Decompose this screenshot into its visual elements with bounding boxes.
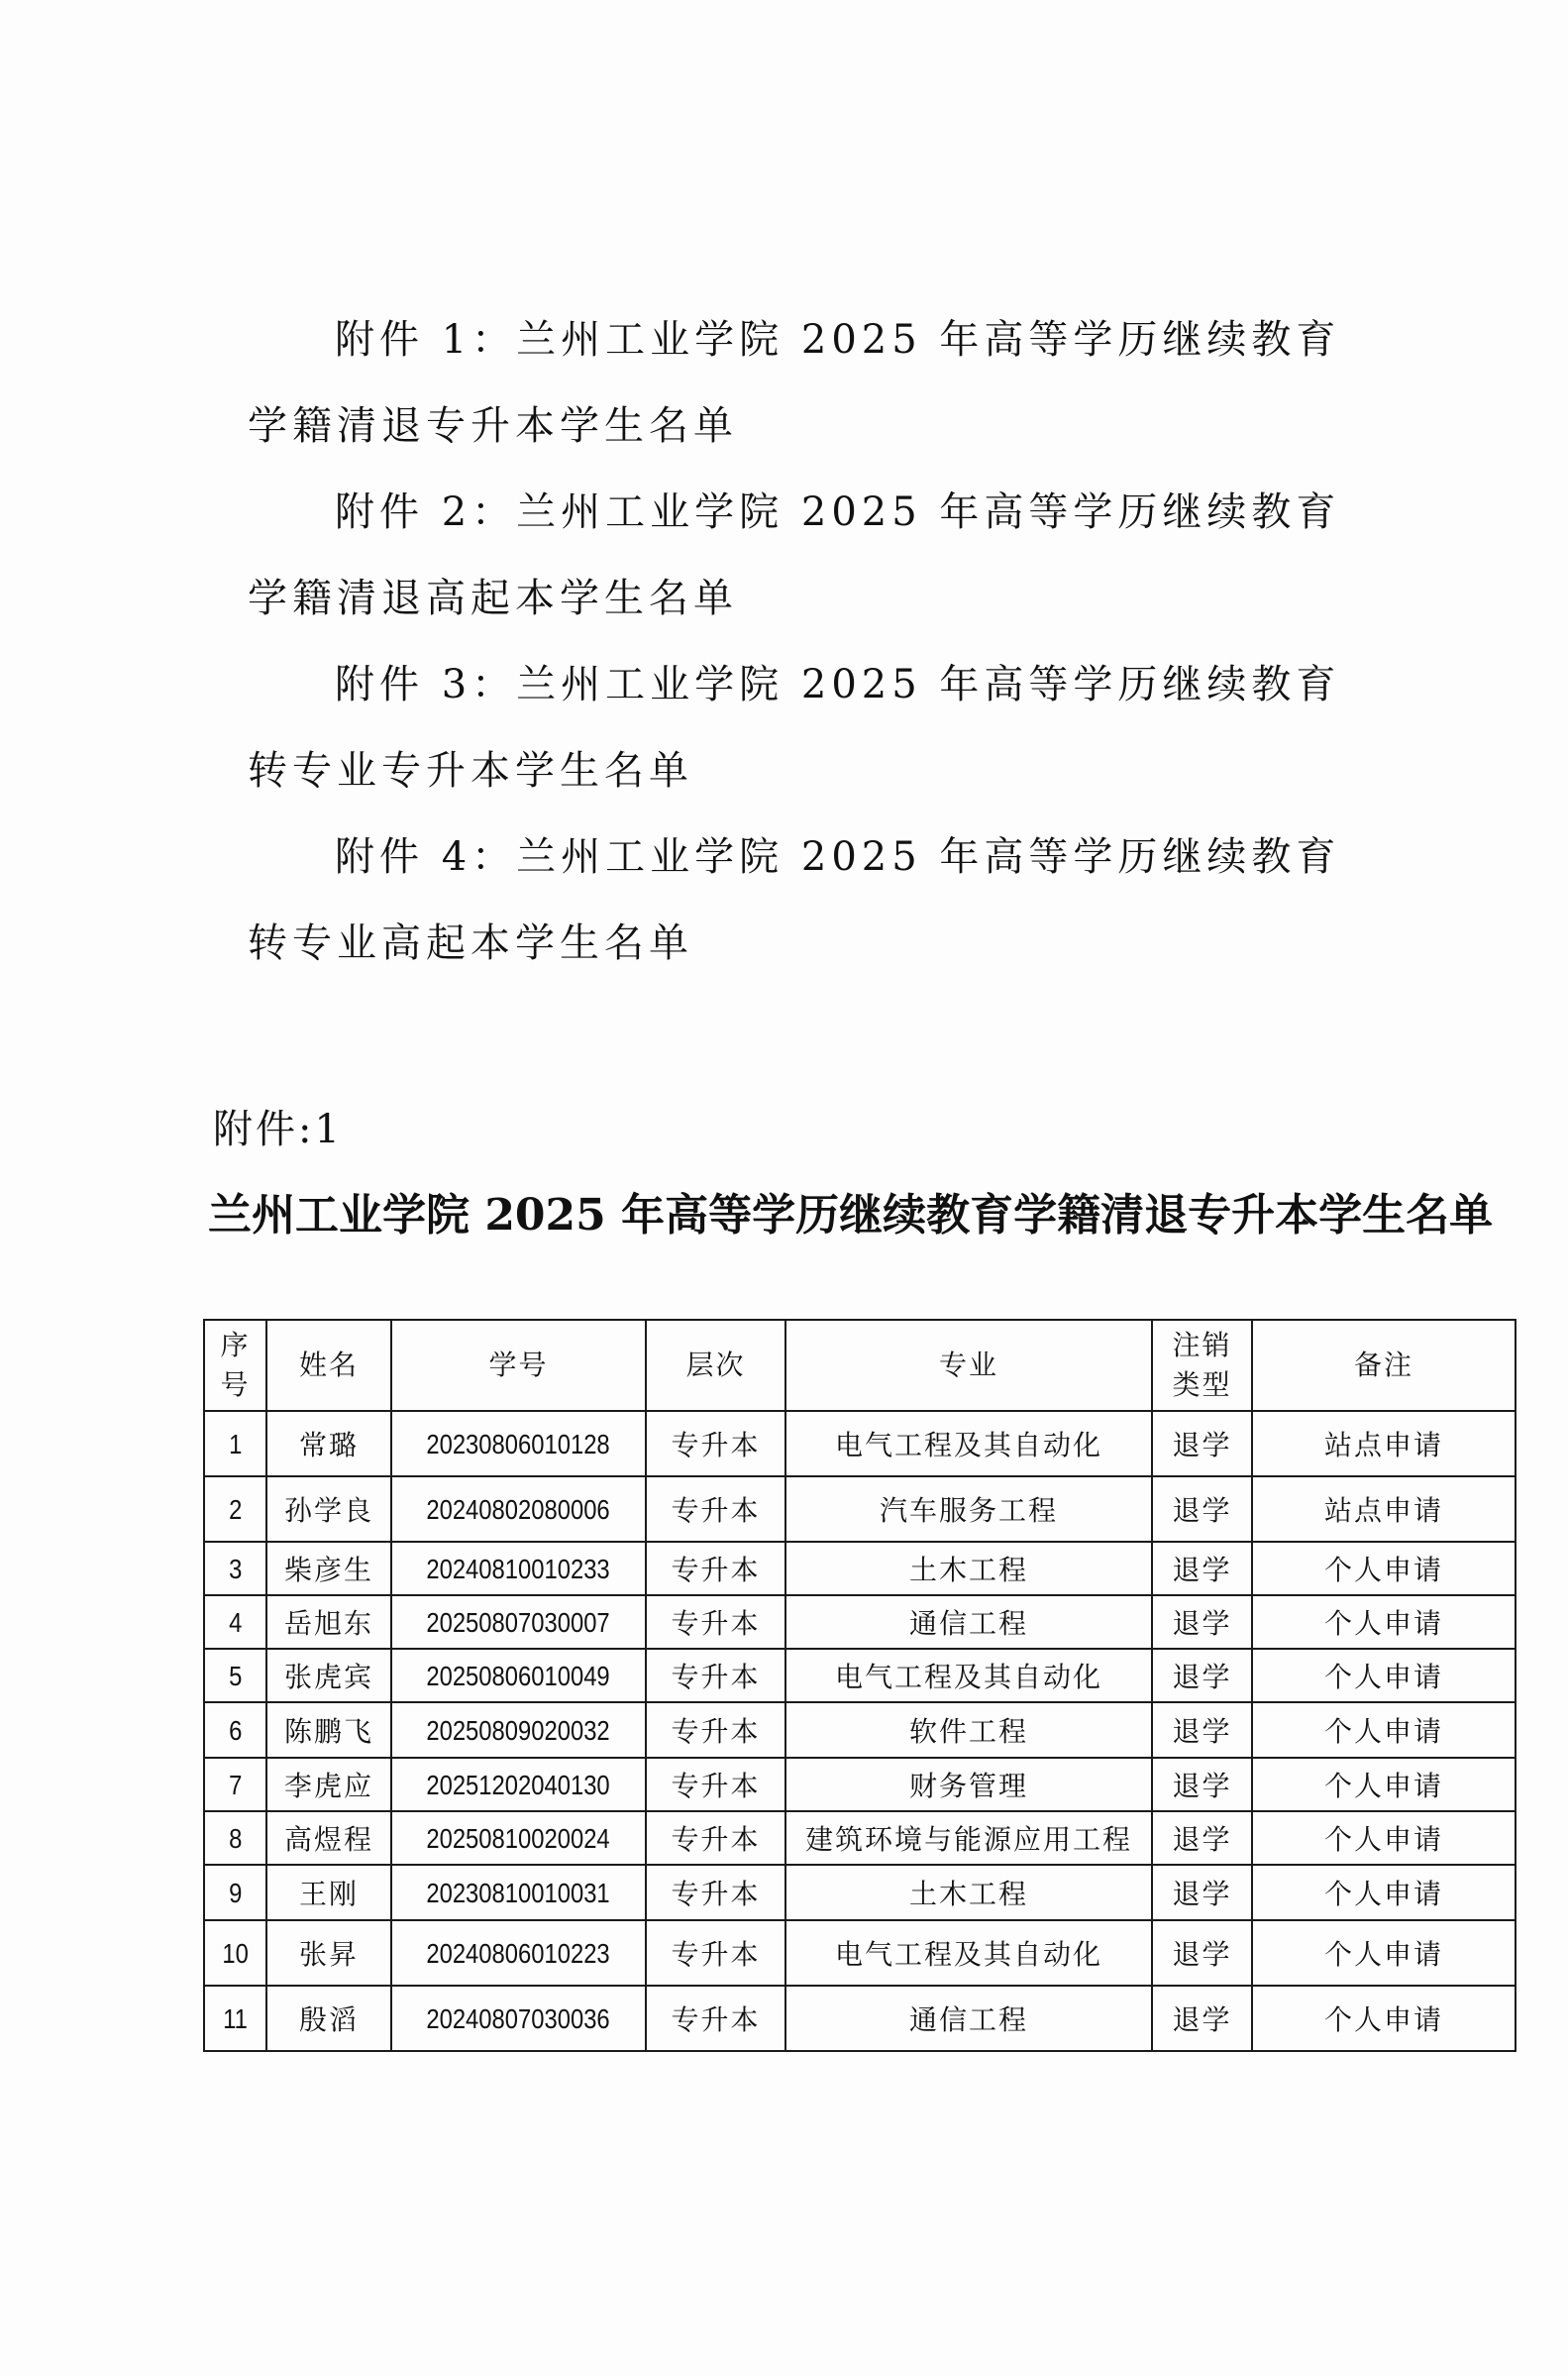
table-header-row: 序号 姓名 学号 层次 专业 注销类型 备注: [204, 1320, 1516, 1411]
table-row: 3 柴彦生 20240810010233 专升本 土木工程 退学 个人申请: [204, 1542, 1516, 1595]
cell-cancel-type: 退学: [1152, 1758, 1252, 1811]
cell-major: 汽车服务工程: [785, 1476, 1152, 1542]
header-student-id: 学号: [391, 1320, 646, 1411]
cell-seq: 4: [204, 1595, 266, 1649]
cell-cancel-type: 退学: [1152, 1411, 1252, 1476]
table-row: 10 张昇 20240806010223 专升本 电气工程及其自动化 退学 个人…: [204, 1920, 1516, 1986]
cell-remark: 个人申请: [1252, 1986, 1516, 2051]
cell-name: 陈鹏飞: [266, 1702, 391, 1758]
cell-name: 张虎宾: [266, 1649, 391, 1702]
cell-level: 专升本: [646, 1476, 785, 1542]
cell-remark: 个人申请: [1252, 1702, 1516, 1758]
cell-seq: 11: [204, 1986, 266, 2051]
cell-name: 柴彦生: [266, 1542, 391, 1595]
header-seq: 序号: [204, 1320, 266, 1411]
cell-student-id: 20230806010128: [391, 1411, 646, 1476]
cell-seq: 10: [204, 1920, 266, 1986]
cell-remark: 个人申请: [1252, 1811, 1516, 1865]
cell-seq: 2: [204, 1476, 266, 1542]
cell-major: 建筑环境与能源应用工程: [785, 1811, 1152, 1865]
table-row: 11 殷滔 20240807030036 专升本 通信工程 退学 个人申请: [204, 1986, 1516, 2051]
cell-student-id: 20250807030007: [391, 1595, 646, 1649]
cell-seq: 1: [204, 1411, 266, 1476]
cell-level: 专升本: [646, 1758, 785, 1811]
cell-level: 专升本: [646, 1811, 785, 1865]
cell-level: 专升本: [646, 1986, 785, 2051]
cell-level: 专升本: [646, 1411, 785, 1476]
header-cancel-type: 注销类型: [1152, 1320, 1252, 1411]
cell-remark: 个人申请: [1252, 1649, 1516, 1702]
cell-major: 通信工程: [785, 1986, 1152, 2051]
document-title: 兰州工业学院 2025 年高等学历继续教育学籍清退专升本学生名单: [208, 1184, 1516, 1247]
header-remark: 备注: [1252, 1320, 1516, 1411]
cell-remark: 个人申请: [1252, 1865, 1516, 1920]
cell-major: 通信工程: [785, 1595, 1152, 1649]
cell-name: 张昇: [266, 1920, 391, 1986]
cell-major: 土木工程: [785, 1542, 1152, 1595]
cell-major: 电气工程及其自动化: [785, 1920, 1152, 1986]
cell-cancel-type: 退学: [1152, 1702, 1252, 1758]
attachment-item-3: 附件 3：兰州工业学院 2025 年高等学历继续教育转专业专升本学生名单: [248, 642, 1357, 814]
cell-remark: 站点申请: [1252, 1476, 1516, 1542]
cell-student-id: 20240810010233: [391, 1542, 646, 1595]
cell-student-id: 20250806010049: [391, 1649, 646, 1702]
cell-student-id: 20250810020024: [391, 1811, 646, 1865]
header-level: 层次: [646, 1320, 785, 1411]
cell-student-id: 20240802080006: [391, 1476, 646, 1542]
cell-student-id: 20230810010031: [391, 1865, 646, 1920]
cell-major: 电气工程及其自动化: [785, 1649, 1152, 1702]
cell-level: 专升本: [646, 1702, 785, 1758]
cell-seq: 9: [204, 1865, 266, 1920]
cell-remark: 个人申请: [1252, 1595, 1516, 1649]
cell-student-id: 20250809020032: [391, 1702, 646, 1758]
cell-student-id: 20240806010223: [391, 1920, 646, 1986]
header-name: 姓名: [266, 1320, 391, 1411]
attachment-item-1: 附件 1：兰州工业学院 2025 年高等学历继续教育学籍清退专升本学生名单: [248, 297, 1357, 470]
cell-name: 殷滔: [266, 1986, 391, 2051]
cell-level: 专升本: [646, 1595, 785, 1649]
cell-remark: 站点申请: [1252, 1411, 1516, 1476]
cell-major: 土木工程: [785, 1865, 1152, 1920]
cell-name: 孙学良: [266, 1476, 391, 1542]
cell-level: 专升本: [646, 1649, 785, 1702]
cell-student-id: 20251202040130: [391, 1758, 646, 1811]
cell-name: 王刚: [266, 1865, 391, 1920]
cell-seq: 8: [204, 1811, 266, 1865]
table-row: 1 常璐 20230806010128 专升本 电气工程及其自动化 退学 站点申…: [204, 1411, 1516, 1476]
table-row: 6 陈鹏飞 20250809020032 专升本 软件工程 退学 个人申请: [204, 1702, 1516, 1758]
cell-name: 常璐: [266, 1411, 391, 1476]
cell-seq: 7: [204, 1758, 266, 1811]
attachment-sub-label: 附件:1: [213, 1100, 343, 1159]
cell-cancel-type: 退学: [1152, 1811, 1252, 1865]
student-roster-table: 序号 姓名 学号 层次 专业 注销类型 备注 1 常璐 202308060101…: [203, 1319, 1516, 2052]
cell-cancel-type: 退学: [1152, 1595, 1252, 1649]
header-major: 专业: [785, 1320, 1152, 1411]
attachment-item-4: 附件 4：兰州工业学院 2025 年高等学历继续教育转专业高起本学生名单: [248, 814, 1357, 987]
cell-level: 专升本: [646, 1542, 785, 1595]
cell-major: 电气工程及其自动化: [785, 1411, 1152, 1476]
table-row: 4 岳旭东 20250807030007 专升本 通信工程 退学 个人申请: [204, 1595, 1516, 1649]
table-row: 9 王刚 20230810010031 专升本 土木工程 退学 个人申请: [204, 1865, 1516, 1920]
table-row: 5 张虎宾 20250806010049 专升本 电气工程及其自动化 退学 个人…: [204, 1649, 1516, 1702]
cell-seq: 5: [204, 1649, 266, 1702]
cell-major: 软件工程: [785, 1702, 1152, 1758]
cell-cancel-type: 退学: [1152, 1920, 1252, 1986]
cell-name: 高煜程: [266, 1811, 391, 1865]
cell-level: 专升本: [646, 1865, 785, 1920]
cell-seq: 6: [204, 1702, 266, 1758]
cell-level: 专升本: [646, 1920, 785, 1986]
cell-remark: 个人申请: [1252, 1542, 1516, 1595]
table-row: 7 李虎应 20251202040130 专升本 财务管理 退学 个人申请: [204, 1758, 1516, 1811]
attachment-list: 附件 1：兰州工业学院 2025 年高等学历继续教育学籍清退专升本学生名单 附件…: [248, 297, 1357, 987]
cell-name: 李虎应: [266, 1758, 391, 1811]
cell-cancel-type: 退学: [1152, 1542, 1252, 1595]
cell-cancel-type: 退学: [1152, 1649, 1252, 1702]
cell-name: 岳旭东: [266, 1595, 391, 1649]
cell-cancel-type: 退学: [1152, 1865, 1252, 1920]
table-row: 8 高煜程 20250810020024 专升本 建筑环境与能源应用工程 退学 …: [204, 1811, 1516, 1865]
cell-cancel-type: 退学: [1152, 1476, 1252, 1542]
cell-major: 财务管理: [785, 1758, 1152, 1811]
table-row: 2 孙学良 20240802080006 专升本 汽车服务工程 退学 站点申请: [204, 1476, 1516, 1542]
attachment-item-2: 附件 2：兰州工业学院 2025 年高等学历继续教育学籍清退高起本学生名单: [248, 470, 1357, 642]
cell-remark: 个人申请: [1252, 1758, 1516, 1811]
cell-remark: 个人申请: [1252, 1920, 1516, 1986]
cell-student-id: 20240807030036: [391, 1986, 646, 2051]
cell-cancel-type: 退学: [1152, 1986, 1252, 2051]
document-page: 附件 1：兰州工业学院 2025 年高等学历继续教育学籍清退专升本学生名单 附件…: [0, 0, 1568, 2376]
cell-seq: 3: [204, 1542, 266, 1595]
